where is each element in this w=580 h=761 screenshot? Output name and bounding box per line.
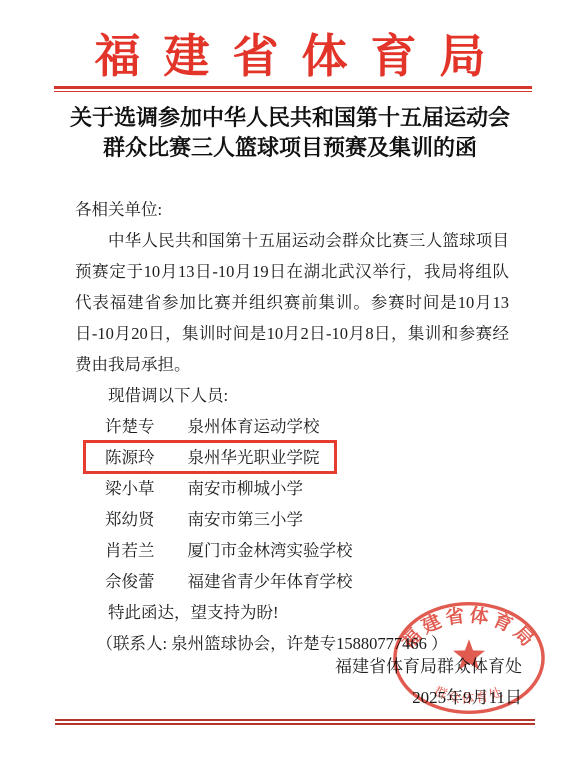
official-letter-page: 福建省体育局 关于选调参加中华人民共和国第十五届运动会 群众比赛三人篮球项目预赛…: [0, 0, 580, 761]
person-unit: 泉州体育运动学校: [188, 417, 320, 436]
personnel-row: 梁小草南安市柳城小学: [105, 473, 509, 504]
person-name: 郑幼贤: [105, 510, 155, 529]
person-name: 梁小草: [105, 479, 155, 498]
personnel-row: 许楚专泉州体育运动学校: [105, 411, 509, 442]
svg-text:群众体育处: 群众体育处: [432, 683, 506, 706]
person-unit: 南安市柳城小学: [188, 479, 304, 498]
official-seal: 福建省体育局 群众体育处: [390, 598, 548, 718]
person-unit: 南安市第三小学: [188, 510, 304, 529]
star-icon: [453, 639, 485, 669]
person-name: 陈源玲: [105, 448, 155, 467]
document-title-line2: 群众比赛三人篮球项目预赛及集训的函: [0, 133, 580, 163]
main-paragraph: 中华人民共和国第十五届运动会群众比赛三人篮球项目预赛定于10月13日-10月19…: [75, 225, 509, 380]
personnel-row-highlighted: 陈源玲泉州华光职业学院: [105, 442, 509, 473]
letterhead-divider: [54, 86, 532, 92]
letterhead-org-name: 福建省体育局: [0, 20, 580, 86]
footer-divider: [55, 719, 535, 725]
person-unit: 泉州华光职业学院: [188, 448, 320, 467]
personnel-row: 肖若兰厦门市金林湾实验学校: [105, 535, 509, 566]
document-title: 关于选调参加中华人民共和国第十五届运动会 群众比赛三人篮球项目预赛及集训的函: [0, 103, 580, 163]
personnel-row: 佘俊蕾福建省青少年体育学校: [105, 566, 509, 597]
salutation: 各相关单位:: [75, 194, 509, 225]
person-name: 肖若兰: [105, 541, 155, 560]
document-body: 各相关单位: 中华人民共和国第十五届运动会群众比赛三人篮球项目预赛定于10月13…: [75, 194, 509, 659]
personnel-list-intro: 现借调以下人员:: [75, 380, 509, 411]
person-unit: 福建省青少年体育学校: [188, 572, 353, 591]
person-name: 许楚专: [105, 417, 155, 436]
seal-bottom-text: 群众体育处: [432, 683, 506, 706]
person-name: 佘俊蕾: [105, 572, 155, 591]
document-title-line1: 关于选调参加中华人民共和国第十五届运动会: [0, 103, 580, 133]
personnel-row: 郑幼贤南安市第三小学: [105, 504, 509, 535]
person-unit: 厦门市金林湾实验学校: [188, 541, 353, 560]
